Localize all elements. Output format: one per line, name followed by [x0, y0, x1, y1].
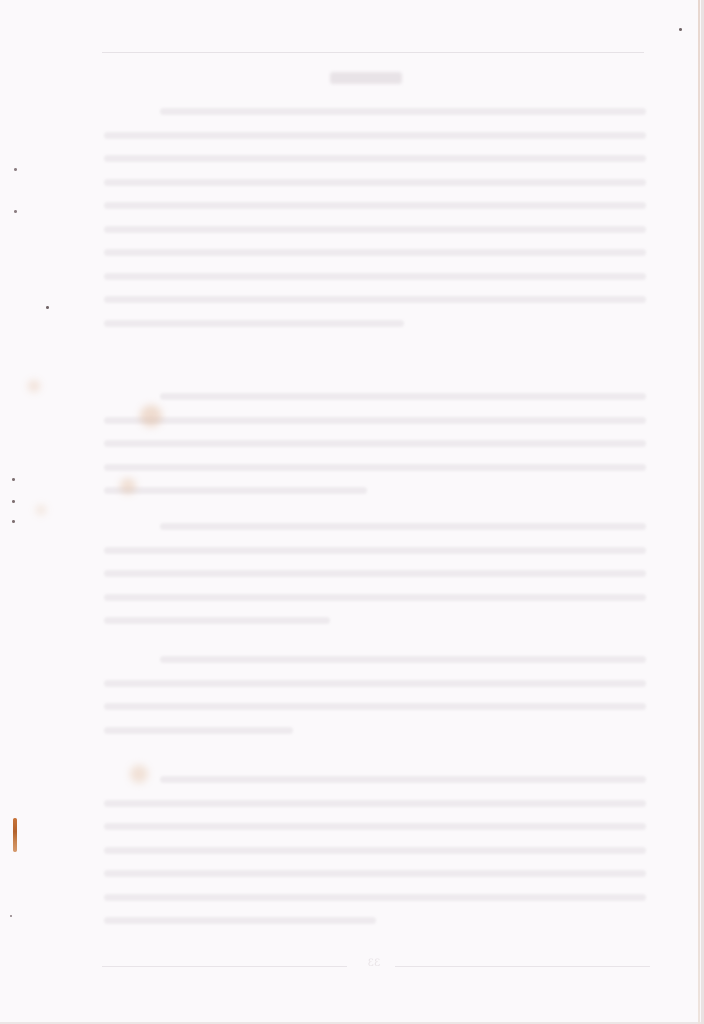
footer-rule-left: [102, 966, 347, 967]
ghost-text-line: [104, 894, 646, 901]
rust-stain: [13, 818, 17, 852]
ghost-text-line: [104, 179, 646, 186]
ghost-text-line: [160, 656, 646, 663]
ghost-text-line: [104, 440, 646, 447]
ghost-text-line: [104, 870, 646, 877]
ghost-text-line: [104, 226, 646, 233]
ghost-text-line: [104, 917, 376, 924]
speck: [46, 306, 49, 309]
speck: [12, 520, 15, 523]
header-rule: [102, 52, 644, 53]
ghost-text-line: [104, 800, 646, 807]
ghost-text-line: [104, 594, 646, 601]
speck: [679, 28, 682, 31]
ghost-text-line: [104, 417, 646, 424]
ghost-text-line: [104, 320, 404, 327]
footer-rule-right: [395, 966, 650, 967]
ghost-text-line: [104, 132, 646, 139]
stain: [130, 765, 148, 783]
stain: [120, 478, 136, 494]
page-edge-shadow: [698, 0, 700, 1024]
ghost-text-line: [104, 570, 646, 577]
stain: [28, 380, 40, 392]
ghost-text-line: [104, 727, 293, 734]
ghost-text-line: [160, 523, 646, 530]
ghost-text-line: [160, 776, 646, 783]
ghost-text-line: [104, 680, 646, 687]
ghost-text-line: [104, 155, 646, 162]
ghost-text-line: [104, 823, 646, 830]
ghost-text-line: [104, 547, 646, 554]
ghost-text-line: [160, 393, 646, 400]
ghost-text-line: [104, 847, 646, 854]
stain: [140, 405, 162, 427]
ghost-text-line: [104, 202, 646, 209]
ghost-text-line: [104, 487, 367, 494]
ghost-text-line: [104, 249, 646, 256]
ghost-text-line: [104, 273, 646, 280]
footer-page-number: 33: [362, 958, 386, 969]
speck: [10, 915, 12, 917]
ghost-text-line: [104, 296, 646, 303]
ghost-text-line: [104, 464, 646, 471]
stain: [36, 505, 46, 515]
ghost-text-line: [104, 703, 646, 710]
ghost-text-line: [160, 108, 646, 115]
speck: [14, 168, 17, 171]
scanned-page: 33: [0, 0, 704, 1024]
ghost-title-bleedthrough: [330, 72, 402, 84]
speck: [12, 500, 15, 503]
speck: [14, 210, 17, 213]
speck: [12, 478, 15, 481]
ghost-text-line: [104, 617, 330, 624]
